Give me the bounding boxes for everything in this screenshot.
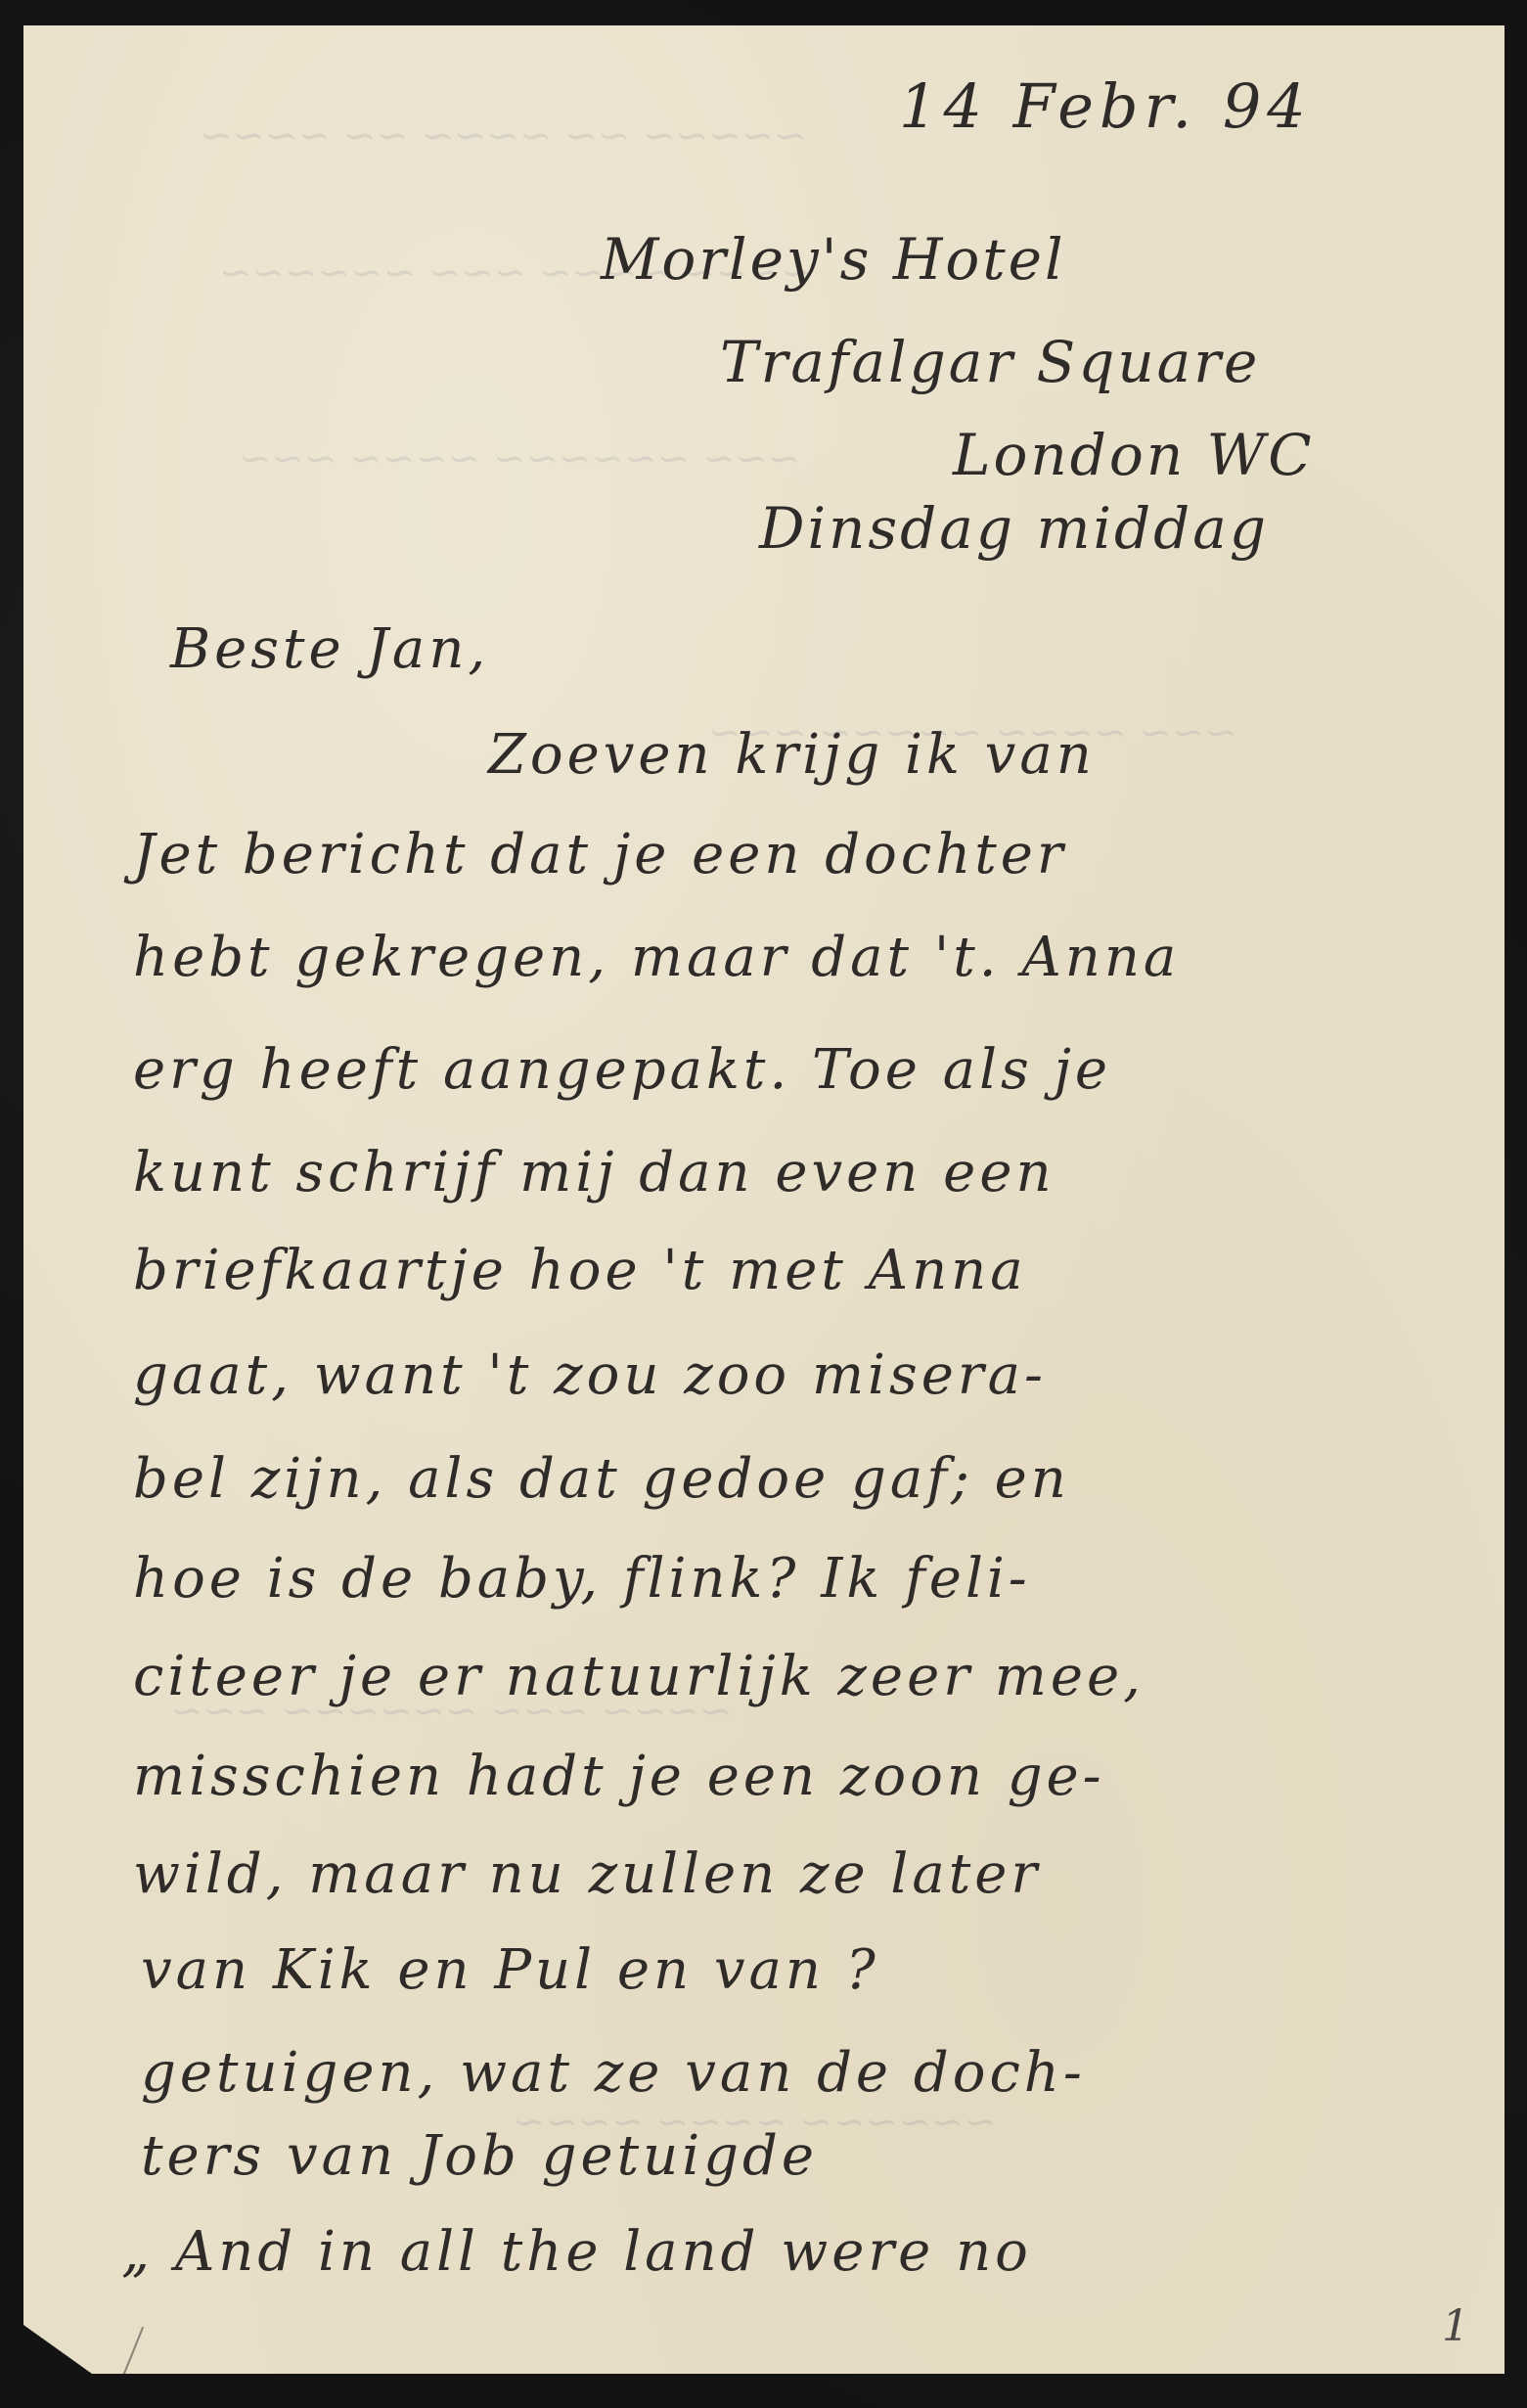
body-line: briefkaartje hoe 't met Anna	[133, 1244, 1027, 1298]
address-city: London WC	[953, 427, 1315, 483]
show-through-text: ~~~~~ ~~ ~~~~ ~~ ~~~~	[200, 114, 807, 159]
body-line: gaat, want 't zou zoo misera-	[133, 1348, 1047, 1403]
page-number: 1	[1442, 2305, 1470, 2348]
body-line: ters van Job getuigde	[141, 2129, 818, 2184]
pen-stroke-mark	[120, 2327, 144, 2382]
letter-page: ~~~~~ ~~ ~~~~ ~~ ~~~~ ~~~~ ~~~~ ~~~ ~~~~…	[23, 25, 1505, 2374]
body-line: hoe is de baby, flink? Ik feli-	[133, 1552, 1031, 1607]
address-hotel: Morley's Hotel	[601, 231, 1066, 288]
body-line: wild, maar nu zullen ze later	[133, 1847, 1041, 1902]
letter-date: 14 Febr. 94	[899, 76, 1312, 137]
body-line: van Kik en Pul en van ?	[141, 1943, 879, 1998]
body-line: erg heeft aangepakt. Toe als je	[133, 1043, 1111, 1098]
body-line: citeer je er natuurlijk zeer mee,	[133, 1650, 1145, 1704]
body-line: Zoeven krijg ik van	[488, 728, 1096, 783]
body-line: getuigen, wat ze van de doch-	[141, 2046, 1086, 2101]
address-day: Dinsdag middag	[759, 500, 1269, 557]
body-line: bel zijn, als dat gedoe gaf; en	[133, 1452, 1070, 1507]
body-line: kunt schrijf mij dan even een	[133, 1146, 1055, 1201]
body-line: hebt gekregen, maar dat 't. Anna	[133, 931, 1180, 985]
body-line: „ And in all the land were no	[121, 2225, 1032, 2280]
salutation: Beste Jan,	[170, 622, 489, 677]
show-through-text: ~~~ ~~~~~~ ~~~~ ~~~	[239, 436, 800, 481]
body-line: Jet bericht dat je een dochter	[133, 828, 1067, 883]
address-square: Trafalgar Square	[720, 334, 1260, 390]
body-line: misschien hadt je een zoon ge-	[133, 1749, 1105, 1804]
